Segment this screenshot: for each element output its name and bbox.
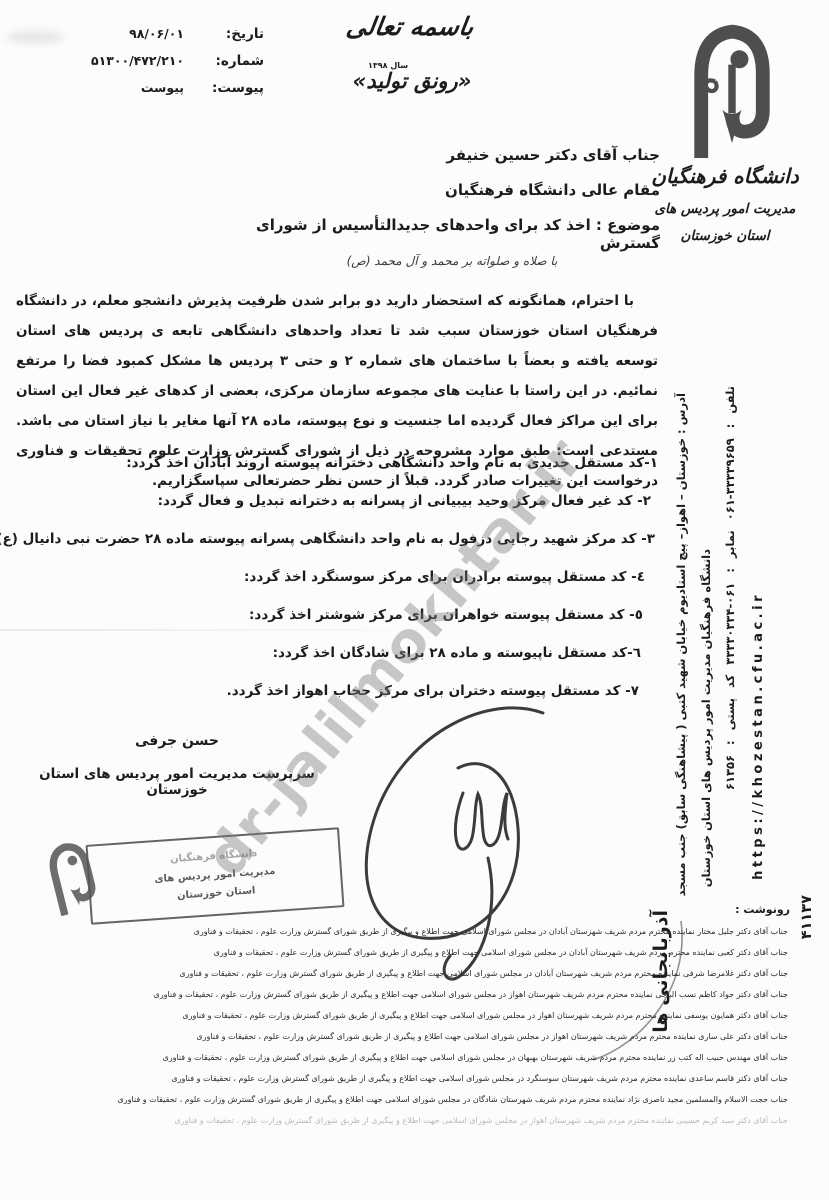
cc-line: جناب آقای دکتر قاسم ساعدی نماینده محترم …	[112, 1068, 788, 1089]
request-list: ١-کد مستقل جدیدی به نام واحد دانشگاهی دخ…	[16, 452, 658, 718]
org-department: مدیریت امور پردیس های	[636, 201, 814, 217]
recipient-name: جناب آقای دکتر حسین خنیفر	[250, 146, 660, 164]
farhangian-logo-icon	[676, 20, 794, 162]
side-address-line: آدرس : خوزستان – اهواز– پیچ استادیوم خیا…	[674, 393, 688, 896]
request-item-1: ١-کد مستقل جدیدی به نام واحد دانشگاهی دخ…	[16, 452, 658, 474]
org-province: استان خوزستان	[636, 228, 814, 244]
signer-name: حسن جرفی	[22, 733, 332, 749]
request-item-4: ٤- کد مستقل پیوسته برادران برای مرکز سوس…	[16, 566, 658, 588]
recipient-block: جناب آقای دکتر حسین خنیفر مقام عالی دانش…	[250, 146, 660, 252]
request-item-5: ٥- کد مستقل پیوسته خواهران برای مرکز شوش…	[16, 604, 658, 626]
date-label: تاریخ:	[212, 26, 264, 42]
number-label: شماره:	[212, 53, 264, 69]
signer-block: حسن جرفی سرپرست مدیریت امور پردیس های اس…	[22, 733, 332, 798]
attachment-value: پیوست	[141, 80, 184, 95]
meta-attachment-row: پیوست: پیوست	[18, 80, 264, 96]
letter-meta: تاریخ: ۹۸/۰۶/۰۱ شماره: ۵۱۳۰۰/۴۷۲/۲۱۰ پیو…	[18, 26, 264, 107]
request-item-3: ٣- کد مرکز شهید رجایی دزفول به نام واحد …	[16, 528, 658, 550]
bismillah-calligraphy: باسمه تعالی	[303, 12, 517, 41]
subject-line: موضوع : اخذ کد برای واحدهای جدیدالتأسیس …	[250, 216, 660, 252]
org-name: دانشگاه فرهنگیان	[636, 164, 814, 188]
salutation-line: با صلاه و صلواته بر محمد و آل محمد (ص)	[332, 254, 572, 268]
org-name-block: دانشگاه فرهنگیان مدیریت امور پردیس های ا…	[636, 164, 814, 244]
side-phone-line: تلفن : ۳۳۳۳۹۶۵۹-۰۶۱ نمابر : ۰۶۱-۳۳۳۳۰۳۳۴…	[723, 386, 737, 790]
side-website-url: https://khozestan.cfu.ac.ir	[751, 592, 766, 880]
attachment-label: پیوست:	[212, 80, 264, 96]
signer-title: سرپرست مدیریت امور پردیس های استان خوزست…	[22, 766, 332, 798]
scanned-letter-page: تاریخ: ۹۸/۰۶/۰۱ شماره: ۵۱۳۰۰/۴۷۲/۲۱۰ پیو…	[0, 0, 829, 1200]
meta-number-row: شماره: ۵۱۳۰۰/۴۷۲/۲۱۰	[18, 53, 264, 69]
cc-line-faded: جناب آقای دکتر سید کریم حسینی نماینده مح…	[112, 1110, 788, 1131]
request-item-6: ٦-کد مستقل ناپیوسته و ماده ۲۸ برای شادگا…	[16, 642, 658, 664]
year-slogan: سال ۱۳۹۸ «رونق تولید»	[312, 60, 512, 93]
side-org-line: دانشگاه فرهنگیان مدیریت امور پردیس های ا…	[699, 549, 713, 887]
pen-swash-mark	[585, 915, 695, 1065]
request-item-2: ٢- کد غیر فعال مرکز وحید بیبیانی از پسرا…	[16, 490, 658, 512]
slogan-year-label: سال ۱۳۹۸	[368, 61, 408, 70]
cc-line: جناب حجت الاسلام والمسلمین مجید ناصری نژ…	[112, 1089, 788, 1110]
recipient-title: مقام عالی دانشگاه فرهنگیان	[250, 181, 660, 199]
slogan-text: «رونق تولید»	[312, 60, 512, 93]
meta-date-row: تاریخ: ۹۸/۰۶/۰۱	[18, 26, 264, 42]
number-value: ۵۱۳۰۰/۴۷۲/۲۱۰	[91, 53, 184, 68]
date-value: ۹۸/۰۶/۰۱	[129, 26, 184, 41]
